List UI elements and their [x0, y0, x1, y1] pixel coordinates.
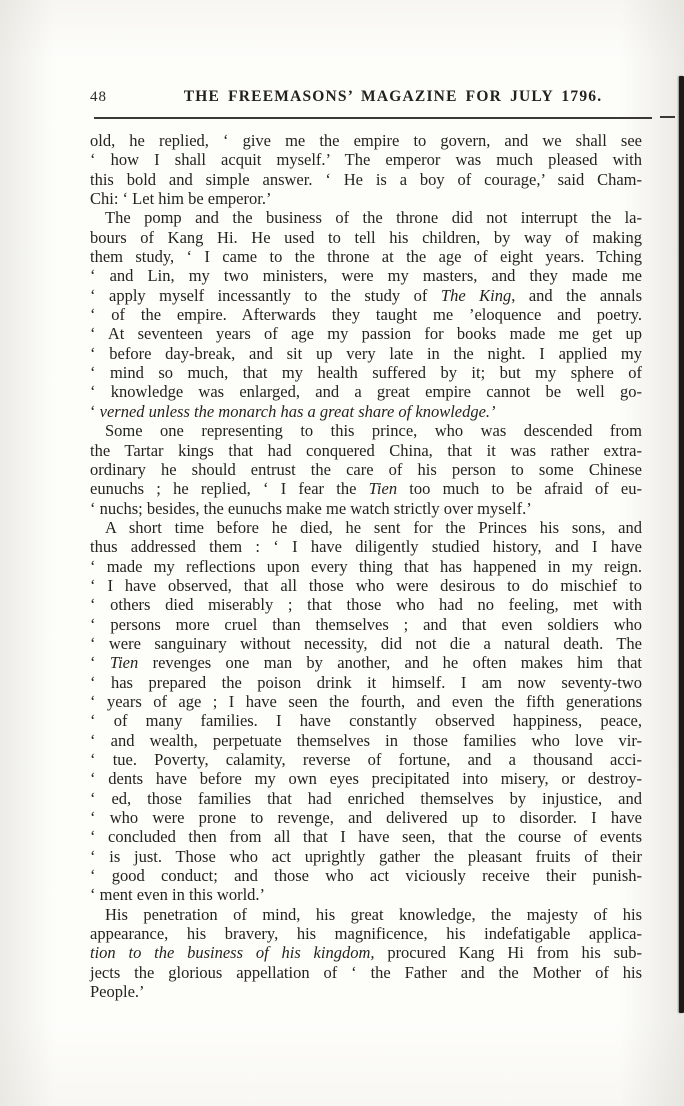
header-rule-dash [660, 116, 675, 118]
text-line: jects the glorious appellation of ‘ the … [90, 963, 642, 982]
text-line: eunuchs ; he replied, ‘ I fear the Tien … [90, 479, 642, 498]
paragraph: old, he replied, ‘ give me the empire to… [90, 131, 642, 208]
text-line: tion to the business of his kingdom, pro… [90, 943, 642, 962]
text-line: ‘ and wealth, perpetuate themselves in t… [90, 731, 642, 750]
text-line: ‘ who were prone to revenge, and deliver… [90, 808, 642, 827]
page-header: 48 THE FREEMASONS’ MAGAZINE FOR JULY 179… [90, 88, 642, 106]
text-line: Some one representing to this prince, wh… [90, 421, 642, 440]
text-line: ‘ ed, those families that had enriched t… [90, 789, 642, 808]
text-line: ‘ others died miserably ; that those who… [90, 595, 642, 614]
text-line: ‘ mind so much, that my health suffered … [90, 363, 642, 382]
text-line: appearance, his bravery, his magnificenc… [90, 924, 642, 943]
paragraph: The pomp and the business of the throne … [90, 208, 642, 421]
text-line: ‘ years of age ; I have seen the fourth,… [90, 692, 642, 711]
text-line: ‘ were sanguinary without necessity, did… [90, 634, 642, 653]
magazine-page: 48 THE FREEMASONS’ MAGAZINE FOR JULY 179… [0, 0, 684, 1106]
text-line: ‘ of the empire. Afterwards they taught … [90, 305, 642, 324]
text-line: ‘ apply myself incessantly to the study … [90, 286, 642, 305]
text-line: bours of Kang Hi. He used to tell his ch… [90, 228, 642, 247]
text-line: ‘ I have observed, that all those who we… [90, 576, 642, 595]
text-line: thus addressed them : ‘ I have diligentl… [90, 537, 642, 556]
text-line: ‘ concluded then from all that I have se… [90, 827, 642, 846]
paragraph: His penetration of mind, his great knowl… [90, 905, 642, 1002]
page-text: old, he replied, ‘ give me the empire to… [90, 131, 642, 1001]
text-line: ‘ verned unless the monarch has a great … [90, 402, 642, 421]
text-line: ‘ At seventeen years of age my passion f… [90, 324, 642, 343]
text-line: ‘ good conduct; and those who act viciou… [90, 866, 642, 885]
text-line: People.’ [90, 982, 642, 1001]
text-line: A short time before he died, he sent for… [90, 518, 642, 537]
text-line: this bold and simple answer. ‘ He is a b… [90, 170, 642, 189]
text-line: ‘ knowledge was enlarged, and a great em… [90, 382, 642, 401]
text-line: ‘ of many families. I have constantly ob… [90, 711, 642, 730]
text-line: His penetration of mind, his great knowl… [90, 905, 642, 924]
text-line: ‘ and Lin, my two ministers, were my mas… [90, 266, 642, 285]
text-line: ‘ made my reflections upon every thing t… [90, 557, 642, 576]
text-line: ‘ before day-break, and sit up very late… [90, 344, 642, 363]
text-line: ‘ persons more cruel than themselves ; a… [90, 615, 642, 634]
text-line: ‘ is just. Those who act uprightly gathe… [90, 847, 642, 866]
text-line: ‘ nuchs; besides, the eunuchs make me wa… [90, 499, 642, 518]
paragraph: A short time before he died, he sent for… [90, 518, 642, 905]
text-line: ‘ ment even in this world.’ [90, 885, 642, 904]
header-rule [94, 117, 652, 119]
text-line: Chi: ‘ Let him be emperor.’ [90, 189, 642, 208]
text-line: them study, ‘ I came to the throne at th… [90, 247, 642, 266]
text-line: ordinary he should entrust the care of h… [90, 460, 642, 479]
text-line: ‘ dents have before my own eyes precipit… [90, 769, 642, 788]
text-line: ‘ Tien revenges one man by another, and … [90, 653, 642, 672]
text-line: The pomp and the business of the throne … [90, 208, 642, 227]
text-line: ‘ how I shall acquit myself.’ The empero… [90, 150, 642, 169]
page-number: 48 [90, 89, 144, 106]
text-line: old, he replied, ‘ give me the empire to… [90, 131, 642, 150]
text-line: ‘ tue. Poverty, calamity, reverse of for… [90, 750, 642, 769]
page-title: THE FREEMASONS’ MAGAZINE FOR JULY 1796. [144, 88, 642, 106]
scan-edge [679, 76, 684, 1013]
text-line: ‘ has prepared the poison drink it himse… [90, 673, 642, 692]
paragraph: Some one representing to this prince, wh… [90, 421, 642, 518]
text-line: the Tartar kings that had conquered Chin… [90, 441, 642, 460]
